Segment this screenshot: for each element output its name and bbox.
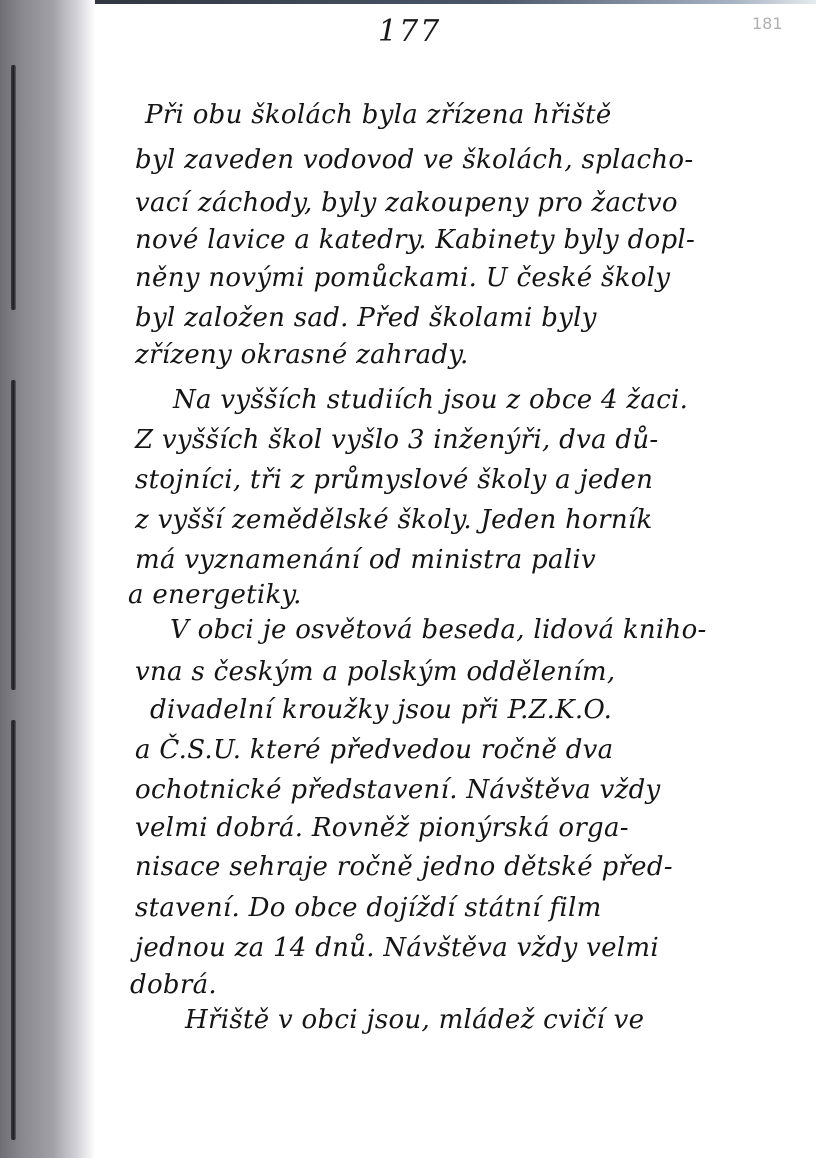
binding-stitch — [11, 65, 16, 310]
handwritten-line: jednou za 14 dnů. Návštěva vždy velmi — [135, 933, 659, 963]
handwritten-line: velmi dobrá. Rovněž pionýrská orga- — [135, 813, 629, 843]
handwritten-line: dobrá. — [130, 970, 217, 1000]
handwritten-line: Na vyšších studiích jsou z obce 4 žaci. — [173, 385, 688, 415]
book-binding-shadow — [0, 0, 95, 1158]
handwritten-line: něny novými pomůckami. U české školy — [135, 263, 670, 293]
handwritten-line: Hřiště v obci jsou, mládež cvičí ve — [185, 1005, 644, 1035]
handwritten-line: z vyšší zemědělské školy. Jeden horník — [135, 505, 653, 535]
handwritten-line: nové lavice a katedry. Kabinety byly dop… — [135, 225, 695, 255]
handwritten-line: vna s českým a polským oddělením, — [135, 657, 615, 687]
handwritten-line: Při obu školách byla zřízena hřiště — [145, 100, 612, 130]
handwritten-line: a Č.S.U. které předvedou ročně dva — [135, 735, 613, 765]
handwritten-line: divadelní kroužky jsou při P.Z.K.O. — [150, 695, 612, 725]
handwritten-line: byl zaveden vodovod ve školách, splacho- — [135, 145, 693, 175]
handwritten-line: V obci je osvětová beseda, lidová kniho- — [170, 615, 707, 645]
handwritten-line: vací záchody, byly zakoupeny pro žactvo — [135, 188, 678, 218]
handwritten-line: ochotnické představení. Návštěva vždy — [135, 775, 661, 805]
handwritten-line: stavení. Do obce dojíždí státní film — [135, 893, 602, 923]
handwritten-line: stojníci, tři z průmyslové školy a jeden — [135, 465, 653, 495]
handwritten-line: zřízeny okrasné zahrady. — [135, 340, 469, 370]
archive-page-stamp: 181 — [752, 14, 783, 33]
binding-stitch — [11, 720, 16, 1140]
page-number: 177 — [378, 14, 441, 49]
handwritten-line: nisace sehraje ročně jedno dětské před- — [135, 852, 673, 882]
handwritten-line: a energetiky. — [128, 580, 302, 610]
handwritten-line: Z vyšších škol vyšlo 3 inženýři, dva dů- — [135, 425, 659, 455]
handwritten-line: má vyznamenání od ministra paliv — [135, 545, 596, 575]
binding-stitch — [11, 380, 16, 690]
scan-top-edge — [0, 0, 816, 4]
handwritten-line: byl založen sad. Před školami byly — [135, 303, 597, 333]
